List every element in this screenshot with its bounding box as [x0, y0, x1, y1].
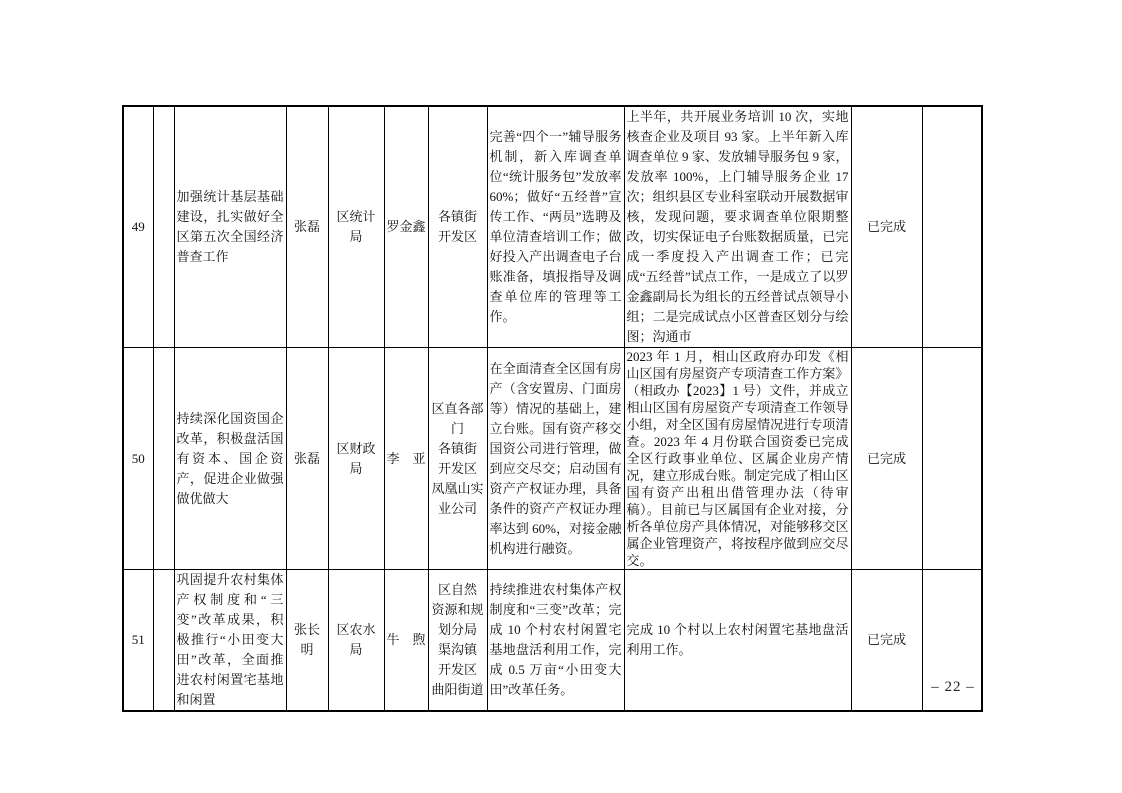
- cell-remark: [922, 106, 982, 348]
- cell-work-progress: 完成 10 个村以上农村闲置宅基地盘活利用工作。: [624, 570, 851, 712]
- cell-task-description: 加强统计基层基础建设，扎实做好全区第五次全国经济普查工作: [174, 106, 286, 348]
- document-page: 49 加强统计基层基础建设，扎实做好全区第五次全国经济普查工作 张磊 区统计局 …: [0, 0, 1122, 793]
- cell-cooperating-units: 区自然 资源和规 划分局 渠沟镇 开发区 曲阳街道: [428, 570, 487, 712]
- cell-responsible-unit: 区统计局: [328, 106, 384, 348]
- cell-lead-official: 张磊: [286, 106, 328, 348]
- cell-responsible-unit: 区财政局: [328, 348, 384, 570]
- work-progress-table: 49 加强统计基层基础建设，扎实做好全区第五次全国经济普查工作 张磊 区统计局 …: [122, 105, 983, 712]
- cell-work-progress: 2023 年 1 月，相山区政府办印发《相山区国有房屋资产专项清查工作方案》（相…: [624, 348, 851, 570]
- table-row: 51 巩固提升农村集体产权制度和“三变”改革成果，积极推行“小田变大田”改革，全…: [123, 570, 982, 712]
- cell-responsible-person: 罗金鑫: [384, 106, 428, 348]
- cell-completion-status: 已完成: [851, 106, 922, 348]
- cell-responsible-person: 牛 煦: [384, 570, 428, 712]
- cell-serial-number: 51: [123, 570, 153, 712]
- cell-cooperating-units: 各镇街 开发区: [428, 106, 487, 348]
- table-row: 49 加强统计基层基础建设，扎实做好全区第五次全国经济普查工作 张磊 区统计局 …: [123, 106, 982, 348]
- cell-category: [153, 570, 174, 712]
- cell-work-measures: 完善“四个一”辅导服务机制，新入库调查单位“统计服务包”发放率 60%；做好“五…: [487, 106, 624, 348]
- cell-serial-number: 50: [123, 348, 153, 570]
- cell-completion-status: 已完成: [851, 348, 922, 570]
- cell-lead-official: 张磊: [286, 348, 328, 570]
- cell-category: [153, 106, 174, 348]
- cell-work-progress: 上半年，共开展业务培训 10 次，实地核查企业及项目 93 家。上半年新入库调查…: [624, 106, 851, 348]
- cell-serial-number: 49: [123, 106, 153, 348]
- cell-task-description: 持续深化国资国企改革，积极盘活国有资本、国企资产，促进企业做强做优做大: [174, 348, 286, 570]
- cell-responsible-unit: 区农水局: [328, 570, 384, 712]
- page-number: – 22 –: [905, 679, 1001, 696]
- cell-lead-official: 张长 明: [286, 570, 328, 712]
- cell-work-measures: 在全面清查全区国有房产（含安置房、门面房等）情况的基础上，建立台账。国有资产移交…: [487, 348, 624, 570]
- cell-remark: [922, 348, 982, 570]
- cell-responsible-person: 李 亚: [384, 348, 428, 570]
- cell-work-measures: 持续推进农村集体产权制度和“三变”改革；完成 10 个村农村闲置宅基地盘活利用工…: [487, 570, 624, 712]
- cell-cooperating-units: 区直各部门 各镇街 开发区 凤凰山实 业公司: [428, 348, 487, 570]
- cell-category: [153, 348, 174, 570]
- cell-task-description: 巩固提升农村集体产权制度和“三变”改革成果，积极推行“小田变大田”改革，全面推进…: [174, 570, 286, 712]
- table-row: 50 持续深化国资国企改革，积极盘活国有资本、国企资产，促进企业做强做优做大 张…: [123, 348, 982, 570]
